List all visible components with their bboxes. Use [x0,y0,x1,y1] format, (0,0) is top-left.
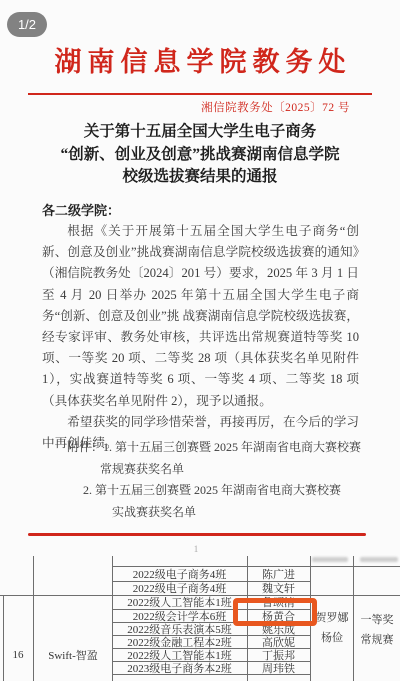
class-cell: 2023级电子商务本2班 [113,661,246,674]
team-name-cell: Swift-智盈 [34,648,112,661]
class-cell: 2022级音乐表演本5班 [113,622,246,635]
attachment-item: 附件：1. 第十五届三创赛暨 2025 年湖南省电商大赛校赛 [67,437,367,459]
advisor-name: 贺罗娜 [316,608,349,628]
award-table: 2022级电子商务4班 2022级电子商务4班 2022级人工智能本1班 202… [0,556,400,681]
attachments-label: 附件： [67,440,103,454]
class-cell: 2022级电子商务4班 [113,566,246,581]
page-footer-number: 1 [189,544,203,554]
letterhead-divider [28,93,372,95]
clipped-text-remnant [360,557,398,562]
attachment-text: 实战赛获奖名单 [67,502,367,524]
document-viewer[interactable]: 1/2 湖南信息学院教务处 湘信院教务处〔2025〕72 号 关于第十五届全国大… [0,0,400,681]
table-grid-line [112,674,310,675]
attachments-list: 附件：1. 第十五届三创赛暨 2025 年湖南省电商大赛校赛 常规赛获奖名单 2… [67,437,367,523]
row-number-cell: 16 [3,648,33,661]
footer-divider [28,533,366,536]
class-cell: 2022级人工智能本1班 [113,595,246,609]
award-level: 一等奖 [361,610,394,630]
table-grid-line [3,595,4,681]
body-paragraph: 根据《关于开展第十五届全国大学生电子商务“创新、创意及创业”挑战赛湖南信息学院校… [42,221,359,412]
salutation: 各二级学院： [42,200,120,219]
award-cell: 一等奖 常规赛 [354,608,400,652]
doc-number: 湘信院教务处〔2025〕72 号 [0,99,350,115]
attachment-text: 第十五届三创赛暨 2025 年湖南省电商大赛校赛 [115,440,361,454]
class-cell: 2022级金融工程本2班 [113,635,246,648]
class-cell: 2022级电子商务4班 [113,581,246,595]
student-cell: 丁振邦 [248,648,309,661]
attachment-number: 1. [103,440,112,454]
attachment-text: 第十五届三创赛暨 2025 年湖南省电商大赛校赛 [95,483,341,497]
notice-title: 关于第十五届全国大学生电子商务 “创新、创业及创意”挑战赛湖南信息学院 校级选拔… [0,121,400,189]
notice-title-line: 校级选拔赛结果的通报 [0,166,400,189]
student-cell: 陈广进 [248,566,309,581]
highlight-box [233,598,317,626]
student-cell: 周玮铁 [248,661,309,674]
attachment-item: 2. 第十五届三创赛暨 2025 年湖南省电商大赛校赛 [67,480,367,502]
letterhead-org-name: 湖南信息学院教务处 [0,40,400,79]
attachment-text: 常规赛获奖名单 [67,459,367,481]
student-cell: 高欣妮 [248,635,309,648]
class-cell: 2022级会计学本6班 [113,609,246,622]
table-grid-line [33,556,34,681]
student-cell: 魏文轩 [248,581,309,595]
attachment-number: 2. [83,483,92,497]
notice-title-line: 关于第十五届全国大学生电子商务 [0,121,400,144]
clipped-text-remnant [312,557,348,562]
advisor-name: 杨俭 [321,628,343,648]
award-track: 常规赛 [361,630,394,650]
advisors-cell: 贺罗娜 杨俭 [311,606,353,650]
notice-body: 根据《关于开展第十五届全国大学生电子商务“创新、创意及创业”挑战赛湖南信息学院校… [42,221,359,454]
page-indicator-badge: 1/2 [7,12,47,37]
class-cell: 2022级人工智能本1班 [113,648,246,661]
notice-title-line: “创新、创业及创意”挑战赛湖南信息学院 [0,144,400,167]
